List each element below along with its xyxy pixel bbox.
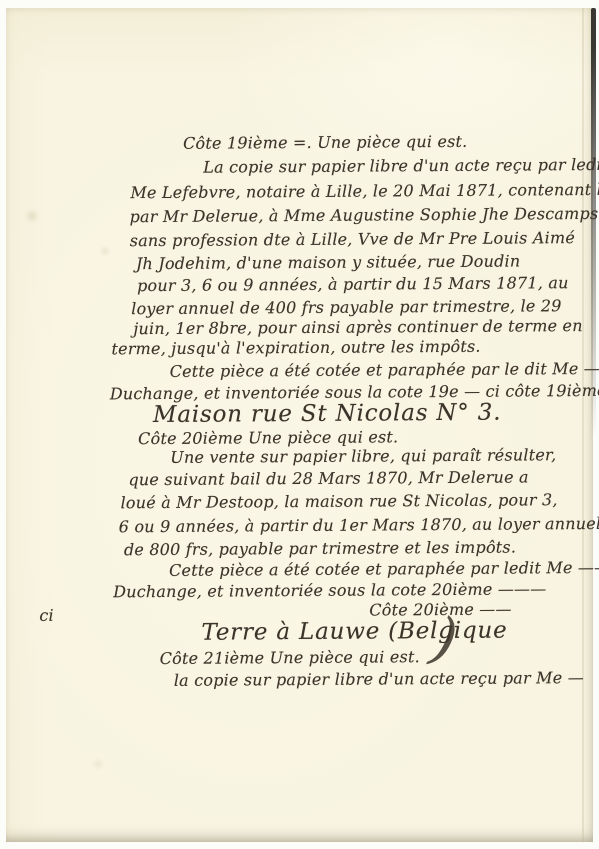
- manuscript-line: loyer annuel de 400 frs payable par trim…: [131, 296, 562, 318]
- manuscript-line: Me Lefebvre, notaire à Lille, le 20 Mai …: [130, 180, 599, 202]
- manuscript-line: Duchange, et inventoriée sous la cote 20…: [113, 579, 546, 601]
- manuscript-line: 6 ou 9 années, à partir du 1er Mars 1870…: [119, 514, 599, 536]
- manuscript-line: Cette pièce a été cotée et paraphée par …: [170, 359, 599, 381]
- manuscript-line: Une vente sur papier libre, qui paraît r…: [170, 445, 556, 467]
- manuscript-line: Cette pièce a été cotée et paraphée par …: [169, 558, 599, 580]
- manuscript-line: par Mr Delerue, à Mme Augustine Sophie J…: [130, 204, 599, 226]
- manuscript-line: juin, 1er 8bre, pour ainsi après continu…: [133, 316, 582, 338]
- manuscript-line: que suivant bail du 28 Mars 1870, Mr Del…: [128, 467, 528, 489]
- manuscript-line: Jh Jodehim, d'une maison y située, rue D…: [136, 251, 521, 273]
- manuscript-line: Côte 21ième Une pièce qui est.: [160, 647, 420, 668]
- manuscript-line: sans profession dte à Lille, Vve de Mr P…: [130, 228, 575, 250]
- manuscript-line: ci: [39, 606, 54, 625]
- section-heading: Maison rue St Nicolas N° 3.: [153, 400, 501, 428]
- scan-white-border: { "page": { "paper_color": "#f8f4e1", "i…: [0, 0, 599, 849]
- manuscript-line: Côte 20ième Une pièce qui est.: [138, 427, 398, 448]
- manuscript-line: de 800 frs, payable par trimestre et les…: [124, 537, 516, 559]
- text-layer: Côte 19ième =. Une pièce qui est.La copi…: [0, 0, 599, 849]
- manuscript-line: La copie sur papier libre d'un acte reçu…: [203, 155, 599, 177]
- manuscript-line: la copie sur papier libre d'un acte reçu…: [174, 668, 584, 690]
- manuscript-line: terme, jusqu'à l'expiration, outre les i…: [111, 337, 480, 359]
- manuscript-line: Côte 19ième =. Une pièce qui est.: [183, 132, 467, 153]
- section-heading: Terre à Lauwe (Belgique: [201, 618, 507, 646]
- manuscript-line: loué à Mr Destoop, la maison rue St Nico…: [121, 490, 558, 512]
- manuscript-line: pour 3, 6 ou 9 années, à partir du 15 Ma…: [137, 273, 569, 295]
